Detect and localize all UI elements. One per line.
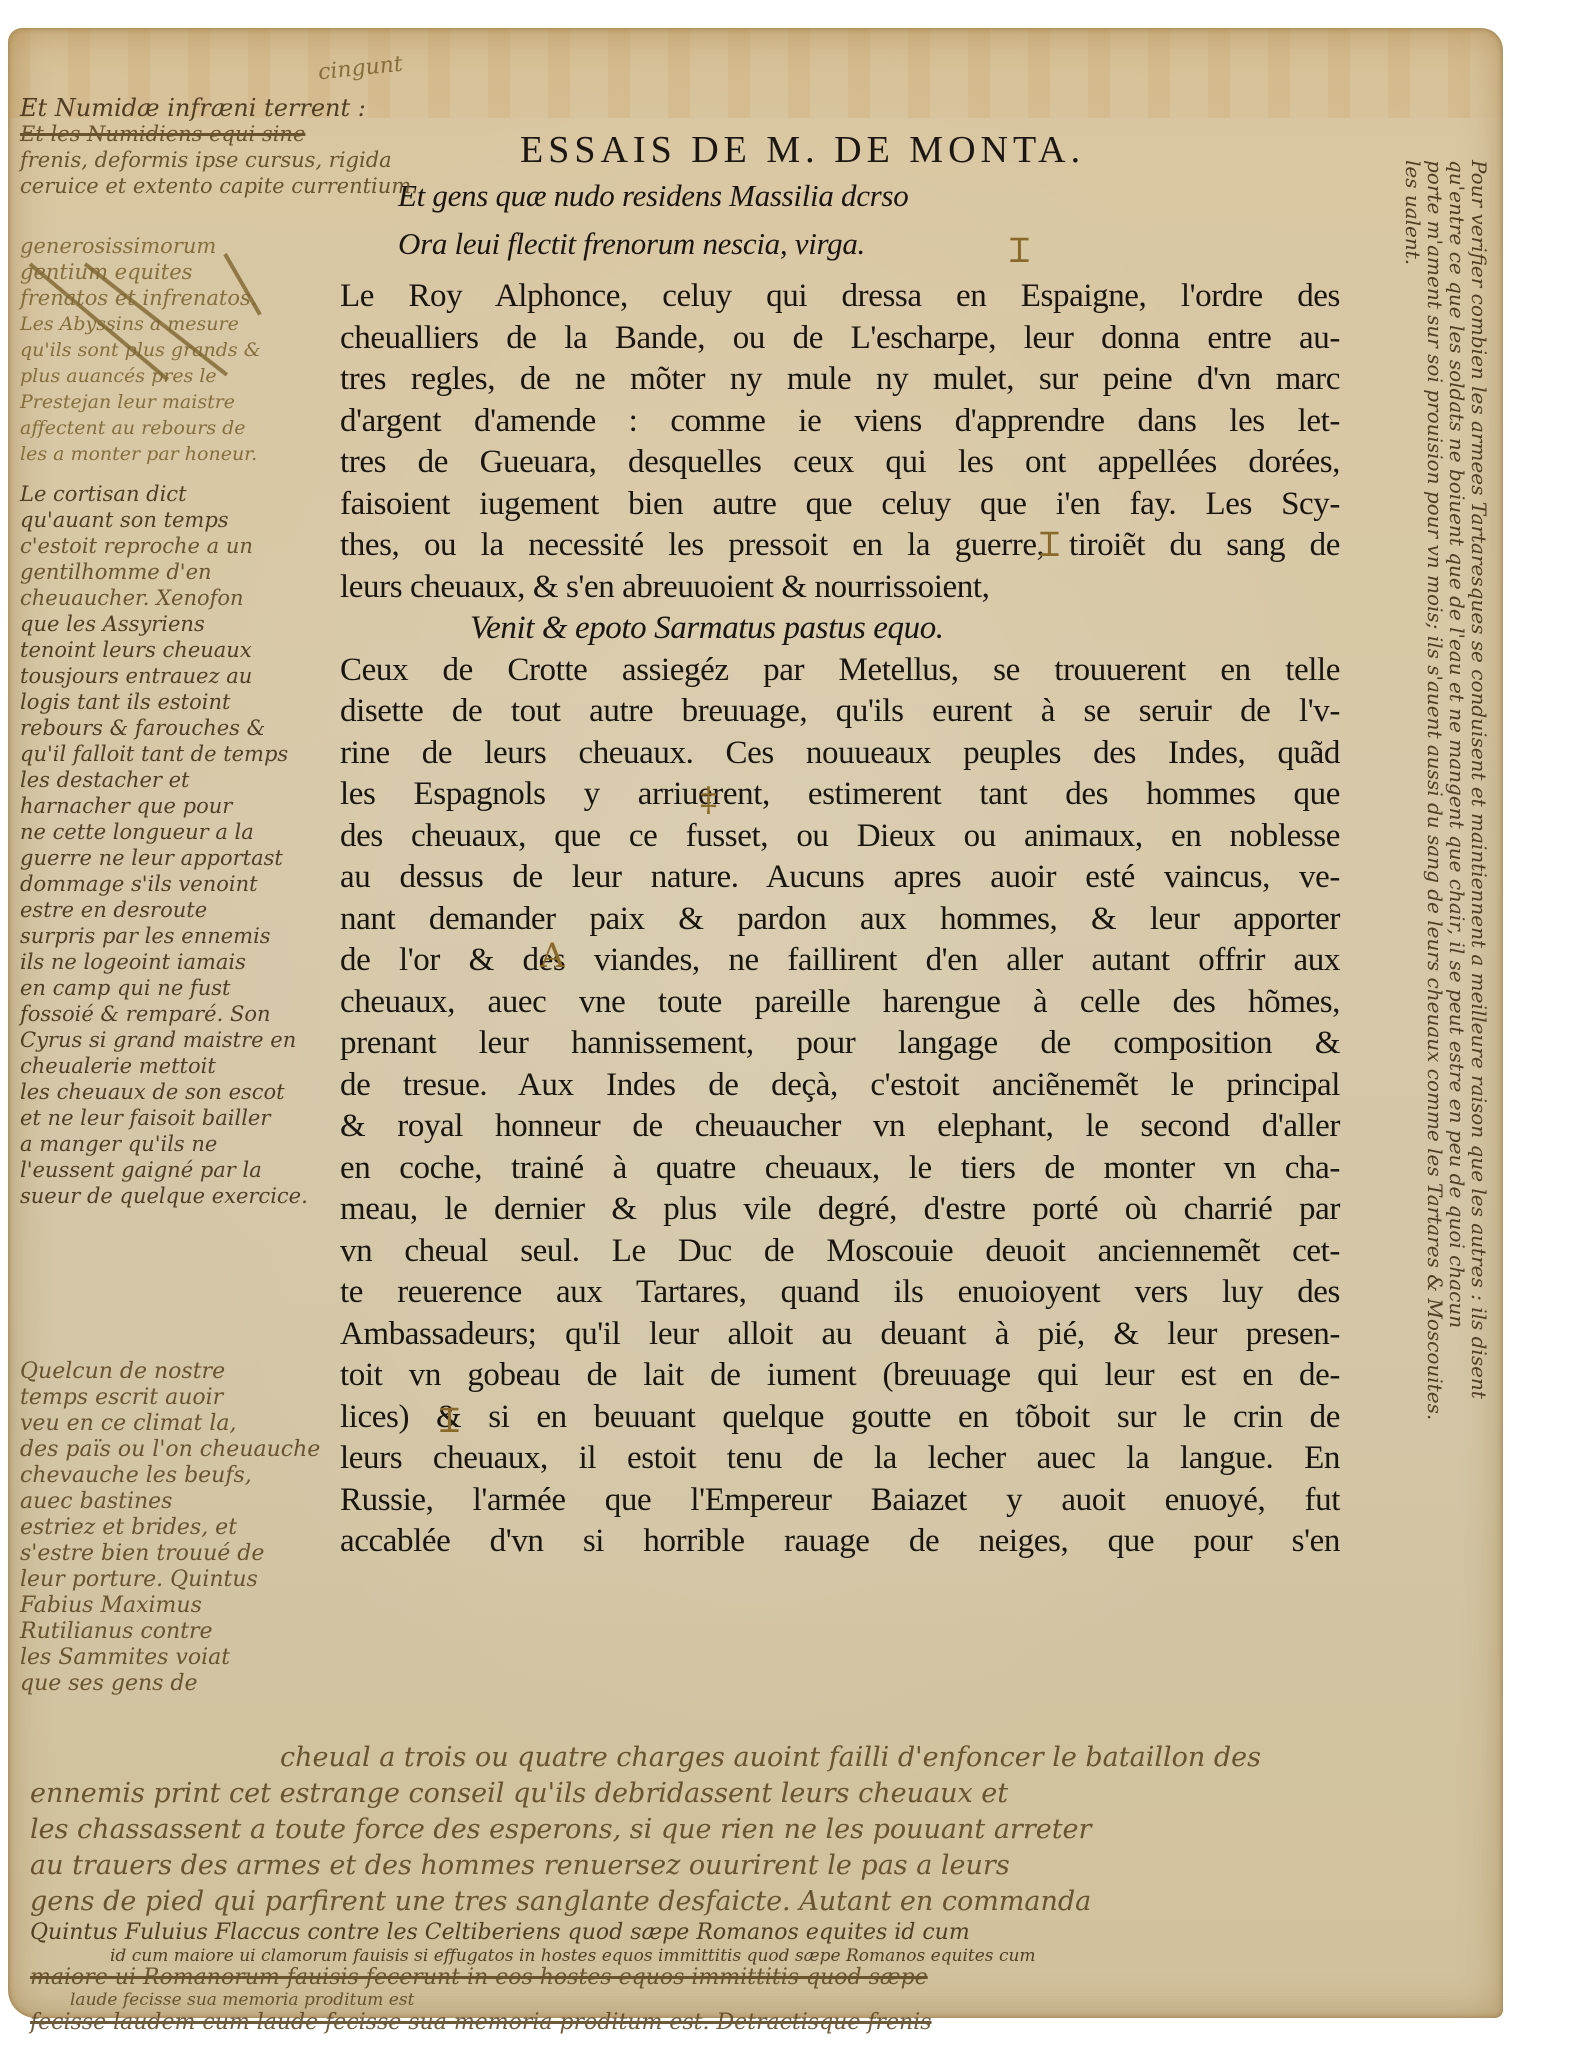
body-line: au dessus de leur nature. Aucuns apres a… [340,857,1340,899]
marginal-note: estriez et brides, et [20,1515,350,1541]
body-line: nant demander paix & pardon aux hommes, … [340,899,1340,941]
marginal-note: a manger qu'ils ne [20,1131,350,1157]
body-line: tres regles, de ne mõter ny mule ny mule… [340,359,1340,401]
body-line: leurs cheuaux, il estoit tenu de la lech… [340,1438,1340,1480]
marginal-note: auec bastines [20,1489,350,1515]
marginal-note: ennemis print cet estrange conseil qu'il… [30,1776,1490,1812]
body-line: de tresue. Aux Indes de deçà, c'estoit a… [340,1065,1340,1107]
body-line: vn cheual seul. Le Duc de Moscouie deuoi… [340,1231,1340,1273]
body-line: te reuerence aux Tartares, quand ils enu… [340,1272,1340,1314]
body-line: Ambassadeurs; qu'il leur alloit au deuan… [340,1314,1340,1356]
marginal-note: Rutilianus contre [20,1619,350,1645]
marginal-note: Le cortisan dict [20,481,350,507]
marginal-note: les chassassent a toute force des espero… [30,1812,1490,1848]
marginal-note: dommage s'ils venoint [20,871,350,897]
marginal-note: laude fecisse sua memoria proditum est [30,1990,1490,2010]
marginal-note: cheualerie mettoit [20,1053,350,1079]
marginal-note: c'estoit reproche a un [20,533,350,559]
insertion-mark-icon: A [540,936,565,976]
marginal-note: cheuaucher. Xenofon [20,585,350,611]
marginal-note: qu'il falloit tant de temps [20,741,350,767]
body-line: disette de tout autre breuuage, qu'ils e… [340,691,1340,733]
marginal-note: Cyrus si grand maistre en [20,1027,350,1053]
marginal-note: les ualent. [1402,160,1424,1660]
marginal-note: surpris par les ennemis [20,923,350,949]
marginal-note: que les Assyriens [20,611,350,637]
marginal-note: que ses gens de [20,1671,350,1697]
body-line: tres de Gueuara, desquelles ceux qui les… [340,442,1340,484]
body-line: cheuaux, auec vne toute pareille harengu… [340,982,1340,1024]
insertion-mark-icon: Ɪ [1010,226,1029,272]
marginal-note: Et Numidæ infræni terrent : [20,95,350,121]
marginal-note: qu'entre ce que les soldats ne boiuent q… [1446,160,1468,1660]
body-line: toit vn gobeau de lait de iument (breuua… [340,1355,1340,1397]
body-line: faisoient iugement bien autre que celuy … [340,484,1340,526]
verse-line-1: Et gens quæ nudo residens Massilia dcrso [398,178,908,214]
running-head: ESSAIS DE M. DE MONTA. [520,128,1280,172]
marginal-note: Quelcun de nostre [20,1359,350,1385]
marginal-note: estre en desroute [20,897,350,923]
marginal-note: sueur de quelque exercice. [20,1183,350,1209]
marginal-note: gentilhomme d'en [20,559,350,585]
marginal-note: ne cette longueur a la [20,819,350,845]
marginal-note: qu'auant son temps [20,507,350,533]
marginal-note: en camp qui ne fust [20,975,350,1001]
body-line: cheualliers de la Bande, ou de L'escharp… [340,318,1340,360]
marginalia-right: Pour verifier combien les armees Tartare… [1402,160,1490,1660]
marginal-note: chevauche les beufs, [20,1463,350,1489]
marginal-note: au trauers des armes et des hommes renue… [30,1848,1490,1884]
body-line: & royal honneur de cheuaucher vn elephan… [340,1106,1340,1148]
marginal-note: cheual a trois ou quatre charges auoint … [30,1740,1490,1776]
body-line: Russie, l'armée que l'Empereur Baiazet y… [340,1480,1340,1522]
body-line: thes, ou la necessité les pressoit en la… [340,525,1340,567]
marginal-note: des païs ou l'on cheuauche [20,1437,350,1463]
marginal-note: tenoint leurs cheuaux [20,637,350,663]
marginal-note: fecisse laudem cum laude fecisse sua mem… [30,2010,1490,2036]
body-line: prenant leur hannissement, pour langage … [340,1023,1340,1065]
marginal-note: veu en ce climat la, [20,1411,350,1437]
marginal-note: logis tant ils estoint [20,689,350,715]
marginal-note: les Sammites voiat [20,1645,350,1671]
body-line: d'argent d'amende : comme ie viens d'app… [340,401,1340,443]
body-line: lices) & si en beuuant quelque goutte en… [340,1397,1340,1439]
verse-line-2: Ora leui flectit frenorum nescia, virga. [398,226,865,262]
marginal-note: tousjours entrauez au [20,663,350,689]
marginal-note: fossoié & remparé. Son [20,1001,350,1027]
marginal-note: Fabius Maximus [20,1593,350,1619]
marginal-note: maiore ui Romanorum fauisis fecerunt in … [30,1966,1490,1990]
marginal-note: l'eussent gaigné par la [20,1157,350,1183]
marginal-note: guerre ne leur apportast [20,845,350,871]
body-line: de l'or & des viandes, ne faillirent d'e… [340,940,1340,982]
body-line: accablée d'vn si horrible rauage de neig… [340,1521,1340,1563]
marginal-note: les destacher et [20,767,350,793]
marginal-note: affectent au rebours de [20,415,350,441]
insertion-mark-icon: ‡ [700,780,717,820]
marginal-note: ceruice et extento capite currentium. [20,173,350,199]
marginal-note: les cheuaux de son escot [20,1079,350,1105]
marginal-note: temps escrit auoir [20,1385,350,1411]
marginal-note: Pour verifier combien les armees Tartare… [1468,160,1490,1660]
marginal-note: Les Abyssins a mesure [20,311,350,337]
body-line: en coche, trainé à quatre cheuaux, le ti… [340,1148,1340,1190]
body-line: rine de leurs cheuaux. Ces nouueaux peup… [340,733,1340,775]
marginal-note: harnacher que pour [20,793,350,819]
marginal-note: et ne leur faisoit bailler [20,1105,350,1131]
marginal-note: gentium equites [20,259,350,285]
marginalia-bottom: cheual a trois ou quatre charges auoint … [30,1740,1490,2036]
marginal-note: rebours & farouches & [20,715,350,741]
body-line: leurs cheuaux, & s'en abreuuoient & nour… [340,567,1340,609]
body-line: Le Roy Alphonce, celuy qui dressa en Esp… [340,276,1340,318]
body-text: Le Roy Alphonce, celuy qui dressa en Esp… [340,276,1340,1563]
body-line: les Espagnols y arriuerent, estimerent t… [340,774,1340,816]
body-line: Ceux de Crotte assiegéz par Metellus, se… [340,650,1340,692]
body-line: des cheuaux, que ce fusset, ou Dieux ou … [340,816,1340,858]
marginal-note: id cum maiore ui clamorum fauisis si eff… [30,1946,1490,1966]
body-line: meau, le dernier & plus vile degré, d'es… [340,1189,1340,1231]
marginal-note: les a monter par honeur. [20,441,350,467]
marginal-note: gens de pied qui parfirent une tres sang… [30,1884,1490,1920]
body-verse-line: Venit & epoto Sarmatus pastus equo. [340,608,1340,650]
marginal-note: generosissimorum [20,233,350,259]
marginal-note: plus auancés pres le [20,363,350,389]
marginalia-left: Et Numidæ infræni terrent : Et les Numid… [20,95,350,1697]
marginal-note: Quintus Fuluius Flaccus contre les Celti… [30,1920,1490,1946]
insertion-mark-icon: Ɪ [1040,520,1059,566]
marginal-note: Prestejan leur maistre [20,389,350,415]
marginal-note: ils ne logeoint iamais [20,949,350,975]
marginal-note: leur porture. Quintus [20,1567,350,1593]
insertion-mark-icon: Ɪ [440,1396,459,1442]
marginal-note: frenis, deformis ipse cursus, rigida [20,147,350,173]
marginal-note: Et les Numidiens equi sine [20,121,350,147]
marginal-note: s'estre bien trouué de [20,1541,350,1567]
marginal-note: porte m'ament sur soi prouision pour vn … [1424,160,1446,1660]
